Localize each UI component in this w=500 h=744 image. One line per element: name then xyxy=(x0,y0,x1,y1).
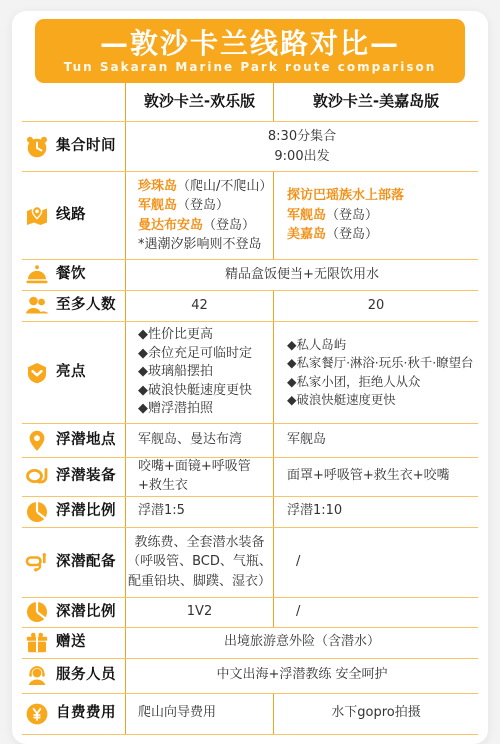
row-label-text: 亮点 xyxy=(56,362,86,383)
highlight-item: ◆破浪快艇速度更快 xyxy=(138,382,273,401)
meeting-line-2: 9:00出发 xyxy=(274,147,329,167)
route-island-name: 美嘉岛 xyxy=(287,227,326,242)
route-island-note: （登岛） xyxy=(177,198,229,213)
highlight-item: ◆赠浮潜拍照 xyxy=(138,400,273,419)
route-island-note: （登岛） xyxy=(326,227,378,242)
highlight-item: ◆私人岛屿 xyxy=(287,336,478,355)
row-label-meals: 餐饮 xyxy=(22,260,126,290)
max-people-b: 20 xyxy=(274,291,478,321)
highlight-item: ◆余位充足可临时定 xyxy=(138,345,273,364)
diving-gear-icon xyxy=(25,550,49,574)
map-icon xyxy=(25,204,49,228)
snorkel-gear-b: 面罩+呼吸管+救生衣+咬嘴 xyxy=(274,458,478,496)
row-label-text: 浮潜比例 xyxy=(56,501,116,522)
row-label-text: 餐饮 xyxy=(56,264,86,285)
row-label-snorkel-spot: 浮潜地点 xyxy=(22,424,126,457)
snorkel-spot-a: 军舰岛、曼达布湾 xyxy=(126,424,274,457)
row-label-text: 深潜比例 xyxy=(56,602,116,623)
row-label-dive-ratio: 深潜比例 xyxy=(22,598,126,627)
route-island-name: 珍珠岛 xyxy=(138,179,177,194)
route-island-note: （爬山/不爬山） xyxy=(177,179,272,194)
route-island-name: 军舰岛 xyxy=(287,208,326,223)
table-row-snorkel-spot: 浮潜地点 军舰岛、曼达布湾 军舰岛 xyxy=(22,423,478,457)
highlight-item: ◆玻璃船摆拍 xyxy=(138,363,273,382)
route-island-note: （登岛） xyxy=(326,208,378,223)
dive-gear-b: / xyxy=(274,528,478,597)
self-pay-b: 水下gopro拍摄 xyxy=(274,694,478,734)
route-list-a: 珍珠岛（爬山/不爬山） 军舰岛（登岛） 曼达布安岛（登岛） *遇潮汐影响则不登岛 xyxy=(126,172,274,259)
dive-ratio-b: / xyxy=(274,598,478,627)
row-label-text: 集合时间 xyxy=(56,136,116,157)
snorkel-spot-b: 军舰岛 xyxy=(274,424,478,457)
comparison-card: —敦沙卡兰线路对比— Tun Sakaran Marine Park route… xyxy=(12,11,488,744)
snorkel-icon xyxy=(25,465,49,489)
coin-yen-icon xyxy=(25,702,49,726)
table-row-highlights: 亮点 ◆性价比更高 ◆余位充足可临时定 ◆玻璃船摆拍 ◆破浪快艇速度更快 ◆赠浮… xyxy=(22,321,478,423)
row-label-text: 浮潜装备 xyxy=(56,466,116,487)
people-icon xyxy=(25,294,49,318)
table-row-dive-ratio: 深潜比例 1V2 / xyxy=(22,597,478,627)
row-label-route: 线路 xyxy=(22,172,126,259)
row-label-snorkel-gear: 浮潜装备 xyxy=(22,458,126,496)
highlight-item: ◆私家小团，拒绝人从众 xyxy=(287,373,478,392)
row-label-staff: 服务人员 xyxy=(22,659,126,693)
table-row-max-people: 至多人数 42 20 xyxy=(22,290,478,321)
table-row-self-pay: 自费费用 爬山向导费用 水下gopro拍摄 xyxy=(22,693,478,735)
self-pay-a: 爬山向导费用 xyxy=(126,694,274,734)
row-label-text: 服务人员 xyxy=(56,665,116,686)
snorkel-gear-a: 咬嘴+面镜+呼吸管+救生衣 xyxy=(126,458,274,496)
dive-gear-line-2: （呼吸管、BCD、气瓶、 xyxy=(127,552,272,572)
table-row-dive-gear: 深潜配备 教练费、全套潜水装备 （呼吸管、BCD、气瓶、 配重铅块、脚蹼、湿衣）… xyxy=(22,527,478,597)
location-pin-icon xyxy=(25,429,49,453)
table-row-snorkel-ratio: 浮潜比例 浮潜1:5 浮潜1:10 xyxy=(22,496,478,527)
route-island-name: 军舰岛 xyxy=(138,198,177,213)
route-island-name: 探访巴瑶族水上部落 xyxy=(287,188,404,203)
page-title: —敦沙卡兰线路对比— xyxy=(100,30,400,58)
pie-chart-icon xyxy=(25,500,49,524)
page-subtitle: Tun Sakaran Marine Park route comparison xyxy=(64,61,437,73)
dive-ratio-a: 1V2 xyxy=(126,598,274,627)
row-label-gift: 赠送 xyxy=(22,628,126,658)
snorkel-ratio-b: 浮潜1:10 xyxy=(274,497,478,527)
meeting-line-1: 8:30分集合 xyxy=(268,127,336,147)
badge-icon xyxy=(25,361,49,385)
column-header-b: 敦沙卡兰-美嘉岛版 xyxy=(274,83,478,121)
row-label-text: 自费费用 xyxy=(56,703,116,724)
table-row-route: 线路 珍珠岛（爬山/不爬山） 军舰岛（登岛） 曼达布安岛（登岛） *遇潮汐影响则… xyxy=(22,171,478,259)
route-tide-note: *遇潮汐影响则不登岛 xyxy=(138,237,262,252)
gift-icon xyxy=(25,631,49,655)
highlight-item: ◆破浪快艇速度更快 xyxy=(287,391,478,410)
table-row-meals: 餐饮 精品盒饭便当+无限饮用水 xyxy=(22,259,478,290)
highlights-list-a: ◆性价比更高 ◆余位充足可临时定 ◆玻璃船摆拍 ◆破浪快艇速度更快 ◆赠浮潜拍照 xyxy=(126,322,274,423)
table-row-staff: 服务人员 中文出海+浮潜教练 安全呵护 xyxy=(22,658,478,693)
row-label-highlights: 亮点 xyxy=(22,322,126,423)
route-island-note: （登岛） xyxy=(203,218,255,233)
column-header-a: 敦沙卡兰-欢乐版 xyxy=(126,83,274,121)
route-island-name: 曼达布安岛 xyxy=(138,218,203,233)
meeting-time-value: 8:30分集合 9:00出发 xyxy=(126,122,478,171)
pie-chart-icon xyxy=(25,600,49,624)
row-label-snorkel-ratio: 浮潜比例 xyxy=(22,497,126,527)
dive-gear-a: 教练费、全套潜水装备 （呼吸管、BCD、气瓶、 配重铅块、脚蹼、湿衣） xyxy=(126,528,274,597)
row-label-text: 至多人数 xyxy=(56,295,116,316)
highlight-item: ◆私家餐厅·淋浴·玩乐·秋千·瞭望台 xyxy=(287,354,478,373)
dive-gear-line-1: 教练费、全套潜水装备 xyxy=(134,533,264,553)
banner: —敦沙卡兰线路对比— Tun Sakaran Marine Park route… xyxy=(35,19,465,83)
snorkel-ratio-a: 浮潜1:5 xyxy=(126,497,274,527)
meals-value: 精品盒饭便当+无限饮用水 xyxy=(126,260,478,290)
column-header-row: 敦沙卡兰-欢乐版 敦沙卡兰-美嘉岛版 xyxy=(22,83,478,121)
row-label-text: 深潜配备 xyxy=(56,552,116,573)
comparison-table: 敦沙卡兰-欢乐版 敦沙卡兰-美嘉岛版 集合时间 8:30分集合 9:00出发 xyxy=(22,83,478,735)
max-people-a: 42 xyxy=(126,291,274,321)
service-person-icon xyxy=(25,664,49,688)
route-list-b: 探访巴瑶族水上部落 军舰岛（登岛） 美嘉岛（登岛） xyxy=(274,172,478,259)
gift-value: 出境旅游意外险（含潜水） xyxy=(126,628,478,658)
alarm-clock-icon xyxy=(25,135,49,159)
row-label-meeting-time: 集合时间 xyxy=(22,122,126,171)
row-label-text: 赠送 xyxy=(56,632,86,653)
row-label-max-people: 至多人数 xyxy=(22,291,126,321)
row-label-self-pay: 自费费用 xyxy=(22,694,126,734)
highlight-item: ◆性价比更高 xyxy=(138,326,273,345)
row-label-dive-gear: 深潜配备 xyxy=(22,528,126,597)
dive-gear-line-3: 配重铅块、脚蹼、湿衣） xyxy=(128,572,271,592)
table-row-meeting-time: 集合时间 8:30分集合 9:00出发 xyxy=(22,121,478,171)
row-label-text: 浮潜地点 xyxy=(56,430,116,451)
cloche-icon xyxy=(25,263,49,287)
table-row-gift: 赠送 出境旅游意外险（含潜水） xyxy=(22,627,478,658)
staff-value: 中文出海+浮潜教练 安全呵护 xyxy=(126,659,478,693)
table-row-snorkel-gear: 浮潜装备 咬嘴+面镜+呼吸管+救生衣 面罩+呼吸管+救生衣+咬嘴 xyxy=(22,457,478,496)
row-label-text: 线路 xyxy=(56,205,86,226)
highlights-list-b: ◆私人岛屿 ◆私家餐厅·淋浴·玩乐·秋千·瞭望台 ◆私家小团，拒绝人从众 ◆破浪… xyxy=(274,322,478,423)
column-header-empty xyxy=(22,83,126,121)
